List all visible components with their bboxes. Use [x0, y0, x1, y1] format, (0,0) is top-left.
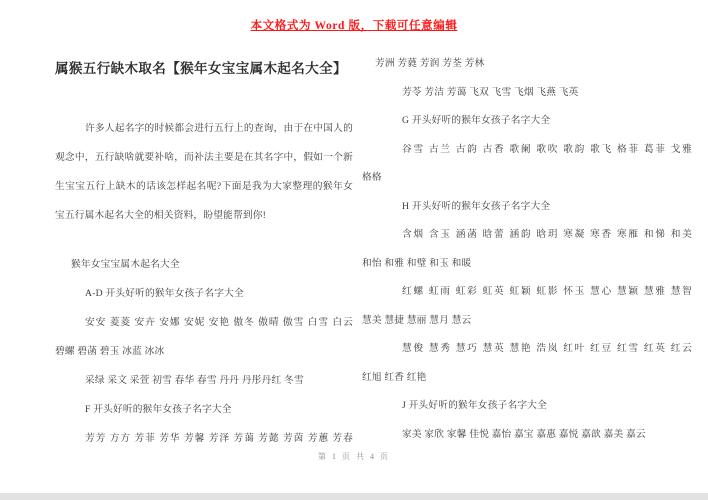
paragraph-line: 宝五行属木起名大全的相关资料，盼望能帮到你! — [55, 201, 353, 230]
name-list-line: 红螺 虹雨 虹彩 虹英 虹颖 虹影 怀玉 慧心 慧颖 慧雅 慧智 — [362, 278, 692, 307]
name-list-line: 和怡 和雅 和璧 和玉 和暖 — [362, 250, 692, 279]
right-column: 芳洲 芳蕤 芳润 芳荃 芳林 芳苓 芳洁 芳蔼 飞双 飞雪 飞烟 飞燕 飞英 G… — [362, 50, 692, 449]
paragraph-line: 观念中，五行缺啥就要补啥，而补法主要是在其名字中，假如一个新 — [55, 143, 353, 172]
name-list-line: 采绿 采文 采萱 初雪 春华 春雪 丹丹 丹彤丹红 冬雪 — [55, 366, 353, 395]
name-list-line: 谷雪 古兰 古韵 古香 歌阑 歌吹 歌韵 歌飞 格菲 葛菲 戈雅 — [362, 136, 692, 165]
section-heading: 猴年女宝宝属木起名大全 — [55, 250, 353, 279]
section-heading: G 开头好听的猴年女孩子名字大全 — [362, 107, 692, 136]
left-column: 许多人起名字的时候都会进行五行上的查询，由于在中国人的 观念中，五行缺啥就要补啥… — [55, 114, 353, 453]
name-list-line: 红旭 红香 红艳 — [362, 364, 692, 393]
section-heading: A-D 开头好听的猴年女孩子名字大全 — [55, 279, 353, 308]
name-list-line: 安安 菱菱 安卉 安娜 安妮 安艳 傲冬 傲晴 傲雪 白雪 白云 — [55, 308, 353, 337]
name-list-line: 慧美 慧捷 慧丽 慧月 慧云 — [362, 307, 692, 336]
section-heading: H 开头好听的猴年女孩子名字大全 — [362, 193, 692, 222]
name-list-line: 芳洲 芳蕤 芳润 芳荃 芳林 — [362, 50, 692, 79]
paragraph-line: 生宝宝五行上缺木的话该怎样起名呢?下面是我为大家整理的猴年女宝 — [55, 172, 353, 201]
document-title: 属猴五行缺木取名【猴年女宝宝属木起名大全】 — [55, 57, 365, 77]
name-list-line: 家美 家欣 家馨 佳悦 嘉怡 嘉宝 嘉惠 嘉悦 嘉歆 嘉美 嘉云 — [362, 421, 692, 450]
paragraph-line: 许多人起名字的时候都会进行五行上的查询，由于在中国人的 — [55, 114, 353, 143]
page-number: 第 1 页 共 4 页 — [0, 451, 708, 462]
name-list-line: 格格 — [362, 164, 692, 193]
name-list-line: 芳芳 方方 芳菲 芳华 芳馨 芳泽 芳蔼 芳懿 芳茵 芳蕙 芳春 — [55, 424, 353, 453]
name-list-line: 碧螺 碧菡 碧玉 冰蓝 冰冰 — [55, 337, 353, 366]
page-bottom-edge — [0, 493, 708, 500]
name-list-line: 芳苓 芳洁 芳蔼 飞双 飞雪 飞烟 飞燕 飞英 — [362, 79, 692, 108]
section-heading: J 开头好听的猴年女孩子名字大全 — [362, 392, 692, 421]
name-list-line: 含烟 含玉 涵菡 晗蕾 涵韵 晗玥 寒凝 寒香 寒雁 和悌 和美 — [362, 221, 692, 250]
name-list-line: 慧俊 慧秀 慧巧 慧英 慧艳 浩岚 红叶 红豆 红雪 红英 红云 — [362, 335, 692, 364]
word-format-notice-link[interactable]: 本文格式为 Word 版，下载可任意编辑 — [0, 17, 708, 33]
section-heading: F 开头好听的猴年女孩子名字大全 — [55, 395, 353, 424]
